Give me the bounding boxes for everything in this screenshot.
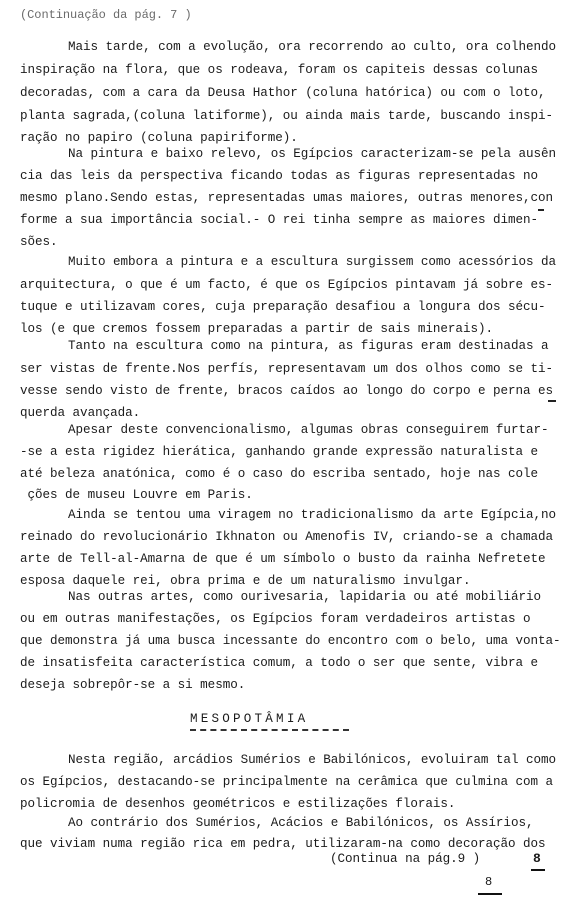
text-line: que viviam numa região rica em pedra, ut… (20, 836, 546, 852)
text-line: Na pintura e baixo relevo, os Egípcios c… (68, 146, 556, 162)
text-line: inspiração na flora, que os rodeava, for… (20, 62, 538, 78)
margin-mark (538, 209, 544, 211)
text-line: Ao contrário dos Sumérios, Acácios e Bab… (68, 815, 533, 831)
text-line: vesse sendo visto de frente, bracos caíd… (20, 383, 553, 399)
text-line: Mais tarde, com a evolução, ora recorren… (68, 39, 556, 55)
continue-note: (Continua na pág.9 ) (330, 851, 480, 867)
text-line: cia das leis da perspectiva ficando toda… (20, 168, 538, 184)
text-line: de insatisfeita característica comum, a … (20, 655, 538, 671)
section-title-underline (190, 729, 349, 731)
text-line: mesmo plano.Sendo estas, representadas u… (20, 190, 553, 206)
text-line: tuque e utilizavam cores, cuja preparaçã… (20, 299, 546, 315)
text-line: deseja sobrepôr-se a si mesmo. (20, 677, 245, 693)
text-line: -se a esta rigidez hierática, ganhando g… (20, 444, 538, 460)
text-line: sões. (20, 234, 58, 250)
text-line: esposa daquele rei, obra prima e de um n… (20, 573, 470, 589)
margin-mark (548, 400, 556, 402)
page-number: 8 (485, 875, 492, 889)
section-title: MESOPOTÂMIA (190, 712, 308, 726)
text-line: arte de Tell-al-Amarna de que é um símbo… (20, 551, 546, 567)
text-line: planta sagrada,(coluna latiforme), ou ai… (20, 108, 553, 124)
text-line: los (e que cremos fossem preparadas a pa… (20, 321, 493, 337)
typewritten-page: (Continuação da pág. 7 ) Mais tarde, com… (0, 0, 574, 900)
text-line: forme a sua importância social.- O rei t… (20, 212, 538, 228)
text-line: Nesta região, arcádios Sumérios e Babiló… (68, 752, 556, 768)
text-line: que demonstra já uma busca incessante do… (20, 633, 561, 649)
page-number-underline (478, 893, 502, 895)
text-line: Ainda se tentou uma viragem no tradicion… (68, 507, 556, 523)
margin-page-underline (531, 869, 545, 871)
text-line: arquitectura, o que é um facto, é que os… (20, 277, 553, 293)
text-line: ração no papiro (coluna papiriforme). (20, 130, 298, 146)
margin-page-mark: 8 (533, 851, 541, 866)
text-line: os Egípcios, destacando-se principalment… (20, 774, 553, 790)
text-line: Apesar deste convencionalismo, algumas o… (68, 422, 548, 438)
text-line: decoradas, com a cara da Deusa Hathor (c… (20, 85, 546, 101)
text-line: ou em outras manifestações, os Egípcios … (20, 611, 531, 627)
text-line: Muito embora a pintura e a escultura sur… (68, 254, 556, 270)
continuation-note: (Continuação da pág. 7 ) (20, 7, 192, 23)
text-line: querda avançada. (20, 405, 140, 421)
text-line: ções de museu Louvre em Paris. (20, 487, 253, 503)
text-line: reinado do revolucionário Ikhnaton ou Am… (20, 529, 553, 545)
text-line: ser vistas de frente.Nos perfís, represe… (20, 361, 553, 377)
text-line: Tanto na escultura como na pintura, as f… (68, 338, 548, 354)
text-line: até beleza anatónica, como é o caso do e… (20, 466, 538, 482)
text-line: Nas outras artes, como ourivesaria, lapi… (68, 589, 541, 605)
text-line: policromia de desenhos geométricos e est… (20, 796, 455, 812)
